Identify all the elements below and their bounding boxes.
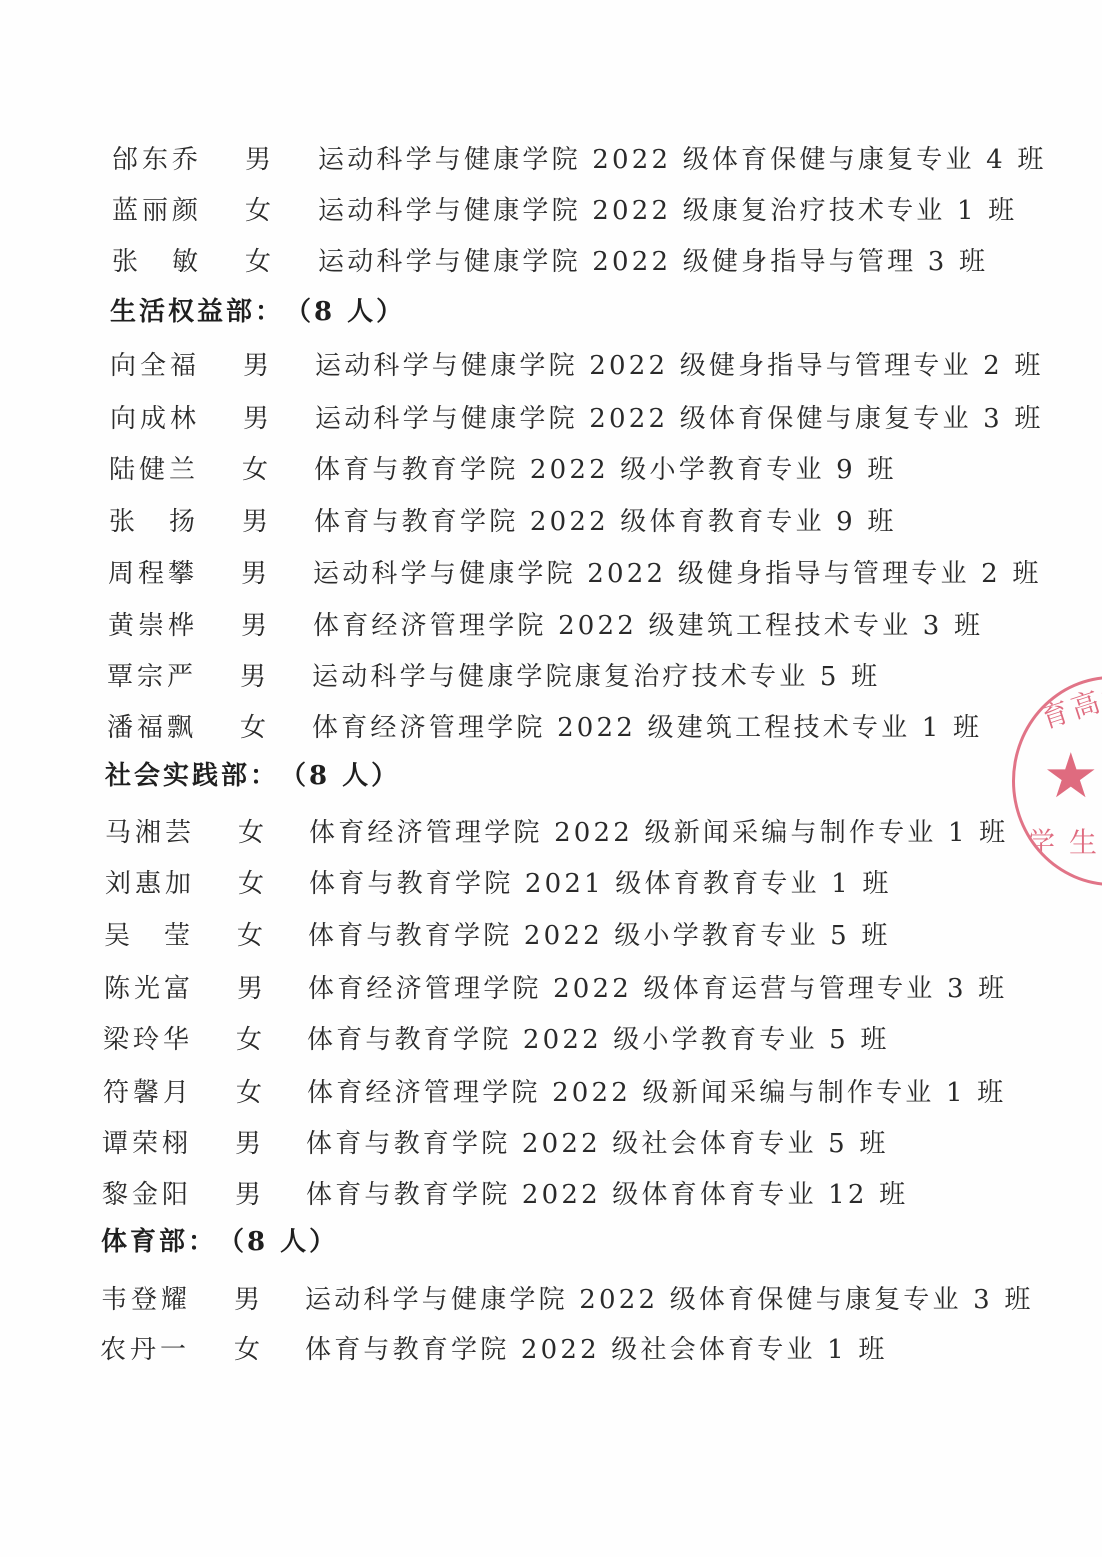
- document-page: 邰东乔 男 运动科学与健康学院 2022 级体育保健与康复专业 4 班 蓝丽颜 …: [0, 0, 1102, 1557]
- star-icon: ★: [1043, 745, 1099, 807]
- member-name: 农丹一: [100, 1330, 190, 1370]
- member-gender: 男: [235, 1175, 264, 1215]
- member-detail: 体育经济管理学院 2022 级新闻采编与制作专业 1 班: [307, 1073, 1006, 1113]
- member-name: 谭荣栩: [102, 1124, 192, 1164]
- member-gender: 男: [245, 140, 274, 180]
- member-gender: 男: [243, 399, 272, 439]
- member-gender: 男: [237, 969, 266, 1009]
- member-name: 潘福飘: [107, 708, 197, 748]
- member-gender: 女: [236, 1020, 265, 1060]
- section-header-sports: 体育部：（8 人）: [101, 1222, 338, 1262]
- member-gender: 女: [236, 1073, 265, 1113]
- member-gender: 男: [241, 554, 270, 594]
- member-name: 蓝丽颜: [112, 191, 202, 231]
- member-detail: 体育经济管理学院 2022 级建筑工程技术专业 1 班: [312, 708, 982, 748]
- member-gender: 男: [243, 346, 272, 386]
- section-header-social-practice: 社会实践部：（8 人）: [105, 756, 400, 796]
- member-name: 梁玲华: [103, 1020, 193, 1060]
- member-gender: 女: [240, 708, 269, 748]
- member-name: 马湘芸: [105, 813, 195, 853]
- member-name: 陈光富: [104, 969, 194, 1009]
- member-detail: 运动科学与健康学院 2022 级康复治疗技术专业 1 班: [318, 191, 1017, 231]
- stamp-top-text: 育高等: [1035, 676, 1102, 737]
- member-name: 黄崇桦: [108, 606, 198, 646]
- member-detail: 体育与教育学院 2022 级社会体育专业 1 班: [305, 1330, 888, 1370]
- member-detail: 运动科学与健康学院 2022 级健身指导与管理 3 班: [318, 242, 988, 282]
- member-gender: 女: [238, 864, 267, 904]
- member-name: 向全福: [110, 346, 200, 386]
- member-detail: 体育经济管理学院 2022 级体育运营与管理专业 3 班: [308, 969, 1007, 1009]
- member-name: 韦登耀: [101, 1280, 191, 1320]
- member-gender: 男: [235, 1124, 264, 1164]
- section-title: 社会实践部：: [105, 761, 279, 791]
- member-detail: 体育与教育学院 2022 级小学教育专业 5 班: [307, 1020, 890, 1060]
- member-gender: 男: [242, 502, 271, 542]
- member-detail: 运动科学与健康学院 2022 级健身指导与管理专业 2 班: [313, 554, 1042, 594]
- member-name: 张 敏: [112, 242, 202, 282]
- member-detail: 运动科学与健康学院 2022 级体育保健与康复专业 3 班: [305, 1280, 1034, 1320]
- member-name: 张 扬: [109, 502, 199, 542]
- section-header-life-rights: 生活权益部：（8 人）: [110, 292, 405, 332]
- member-detail: 运动科学与健康学院康复治疗技术专业 5 班: [312, 657, 880, 697]
- member-gender: 女: [234, 1330, 263, 1370]
- member-name: 覃宗严: [107, 657, 197, 697]
- section-count: （8 人）: [298, 297, 405, 327]
- member-gender: 女: [238, 813, 267, 853]
- member-detail: 体育与教育学院 2022 级小学教育专业 9 班: [314, 450, 897, 490]
- member-detail: 体育与教育学院 2022 级小学教育专业 5 班: [308, 916, 891, 956]
- official-seal-stamp: 育高等 ★ 学生: [1012, 676, 1102, 886]
- member-gender: 女: [237, 916, 266, 956]
- member-detail: 体育与教育学院 2021 级体育教育专业 1 班: [309, 864, 892, 904]
- member-gender: 女: [245, 191, 274, 231]
- member-gender: 女: [245, 242, 274, 282]
- member-name: 邰东乔: [112, 140, 202, 180]
- section-title: 生活权益部：: [110, 297, 284, 327]
- member-name: 吴 莹: [104, 916, 194, 956]
- section-count: （8 人）: [293, 761, 400, 791]
- member-name: 符馨月: [103, 1073, 193, 1113]
- member-detail: 运动科学与健康学院 2022 级体育保健与康复专业 3 班: [315, 399, 1044, 439]
- member-name: 向成林: [110, 399, 200, 439]
- member-detail: 体育与教育学院 2022 级体育教育专业 9 班: [314, 502, 897, 542]
- member-detail: 体育与教育学院 2022 级社会体育专业 5 班: [306, 1124, 889, 1164]
- member-name: 刘惠加: [105, 864, 195, 904]
- member-detail: 运动科学与健康学院 2022 级健身指导与管理专业 2 班: [315, 346, 1044, 386]
- member-gender: 男: [234, 1280, 263, 1320]
- member-detail: 体育经济管理学院 2022 级建筑工程技术专业 3 班: [313, 606, 983, 646]
- member-detail: 体育经济管理学院 2022 级新闻采编与制作专业 1 班: [309, 813, 1008, 853]
- member-name: 陆健兰: [109, 450, 199, 490]
- member-name: 黎金阳: [102, 1175, 192, 1215]
- member-detail: 运动科学与健康学院 2022 级体育保健与康复专业 4 班: [318, 140, 1047, 180]
- member-detail: 体育与教育学院 2022 级体育体育专业 12 班: [306, 1175, 908, 1215]
- section-title: 体育部：: [101, 1227, 217, 1257]
- member-name: 周程攀: [108, 554, 198, 594]
- section-count: （8 人）: [231, 1227, 338, 1257]
- member-gender: 男: [241, 606, 270, 646]
- stamp-bottom-text: 学生: [1027, 821, 1102, 861]
- member-gender: 女: [242, 450, 271, 490]
- member-gender: 男: [240, 657, 269, 697]
